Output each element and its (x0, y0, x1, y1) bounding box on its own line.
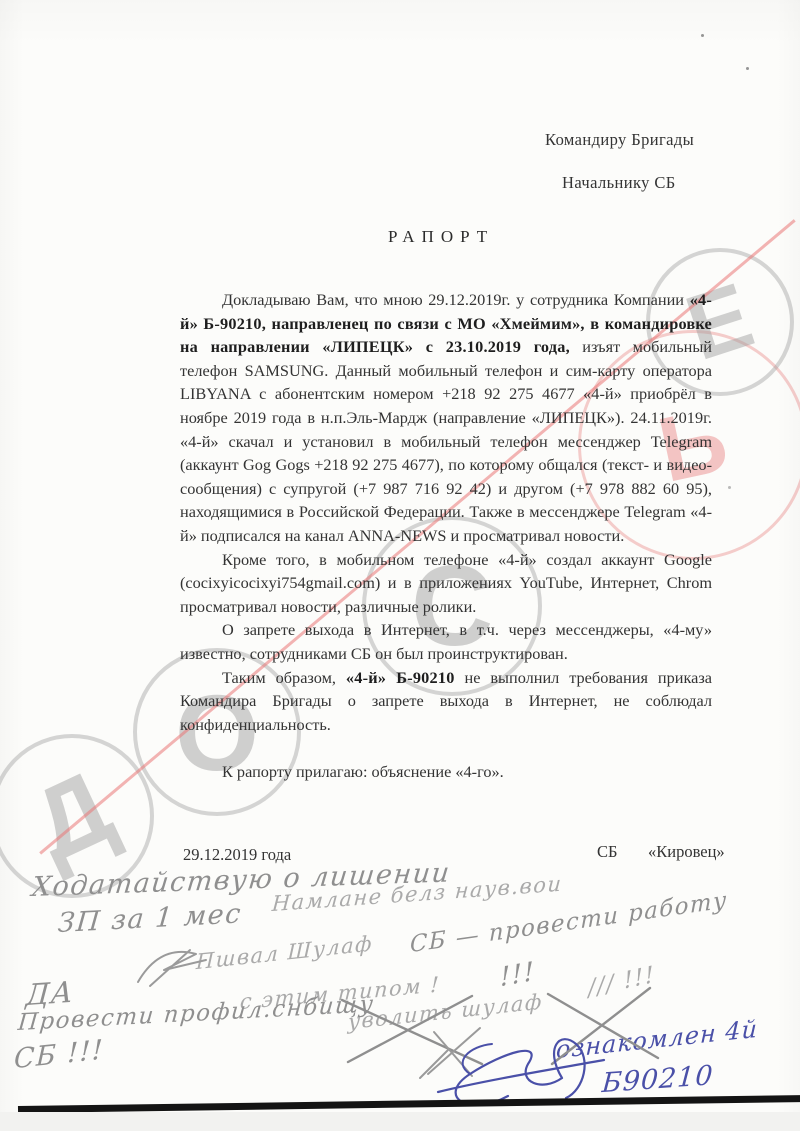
scan-speck (746, 67, 749, 70)
pencil-note: СБ !!! (13, 1034, 104, 1075)
recipient-line-2: Начальнику СБ (562, 173, 676, 193)
scan-edge-margin (0, 1112, 800, 1131)
pencil-note: ЗП за 1 мес (57, 898, 244, 939)
blue-ink-note: Б90210 (601, 1060, 715, 1099)
report-date: 29.12.2019 года (183, 845, 291, 865)
report-paragraph: Таким образом, «4-й» Б-90210 не выполнил… (180, 666, 712, 737)
report-paragraph: К рапорту прилагаю: объяснение «4-го». (180, 760, 712, 784)
scan-speck (701, 34, 704, 37)
pencil-note: !!! (499, 957, 535, 994)
document-title: РАПОРТ (388, 227, 494, 247)
report-body: Докладываю Вам, что мною 29.12.2019г. у … (180, 288, 712, 784)
blue-signature-tail (463, 1044, 492, 1074)
report-paragraph: О запрете выхода в Интернет, в т.ч. чере… (180, 618, 712, 665)
signer-org: СБ (597, 842, 617, 862)
scan-speck (728, 486, 731, 489)
pencil-note: Пшвал Шулаф (196, 931, 374, 974)
report-paragraph: Докладываю Вам, что мною 29.12.2019г. у … (180, 288, 712, 548)
signer-name: «Кировец» (648, 842, 725, 862)
recipient-line-1: Командиру Бригады (545, 130, 694, 150)
pencil-cross-3 (420, 1028, 480, 1078)
scanned-report-page: ДОСЬЕ Командиру Бригады Начальнику СБ РА… (0, 0, 800, 1131)
blue-ink-note: ознакомлен 4й (556, 1015, 759, 1064)
report-paragraph: Кроме того, в мобильном телефоне «4-й» с… (180, 548, 712, 619)
pencil-note: /// !!! (587, 962, 656, 1002)
scan-edge-bar (18, 1095, 800, 1113)
